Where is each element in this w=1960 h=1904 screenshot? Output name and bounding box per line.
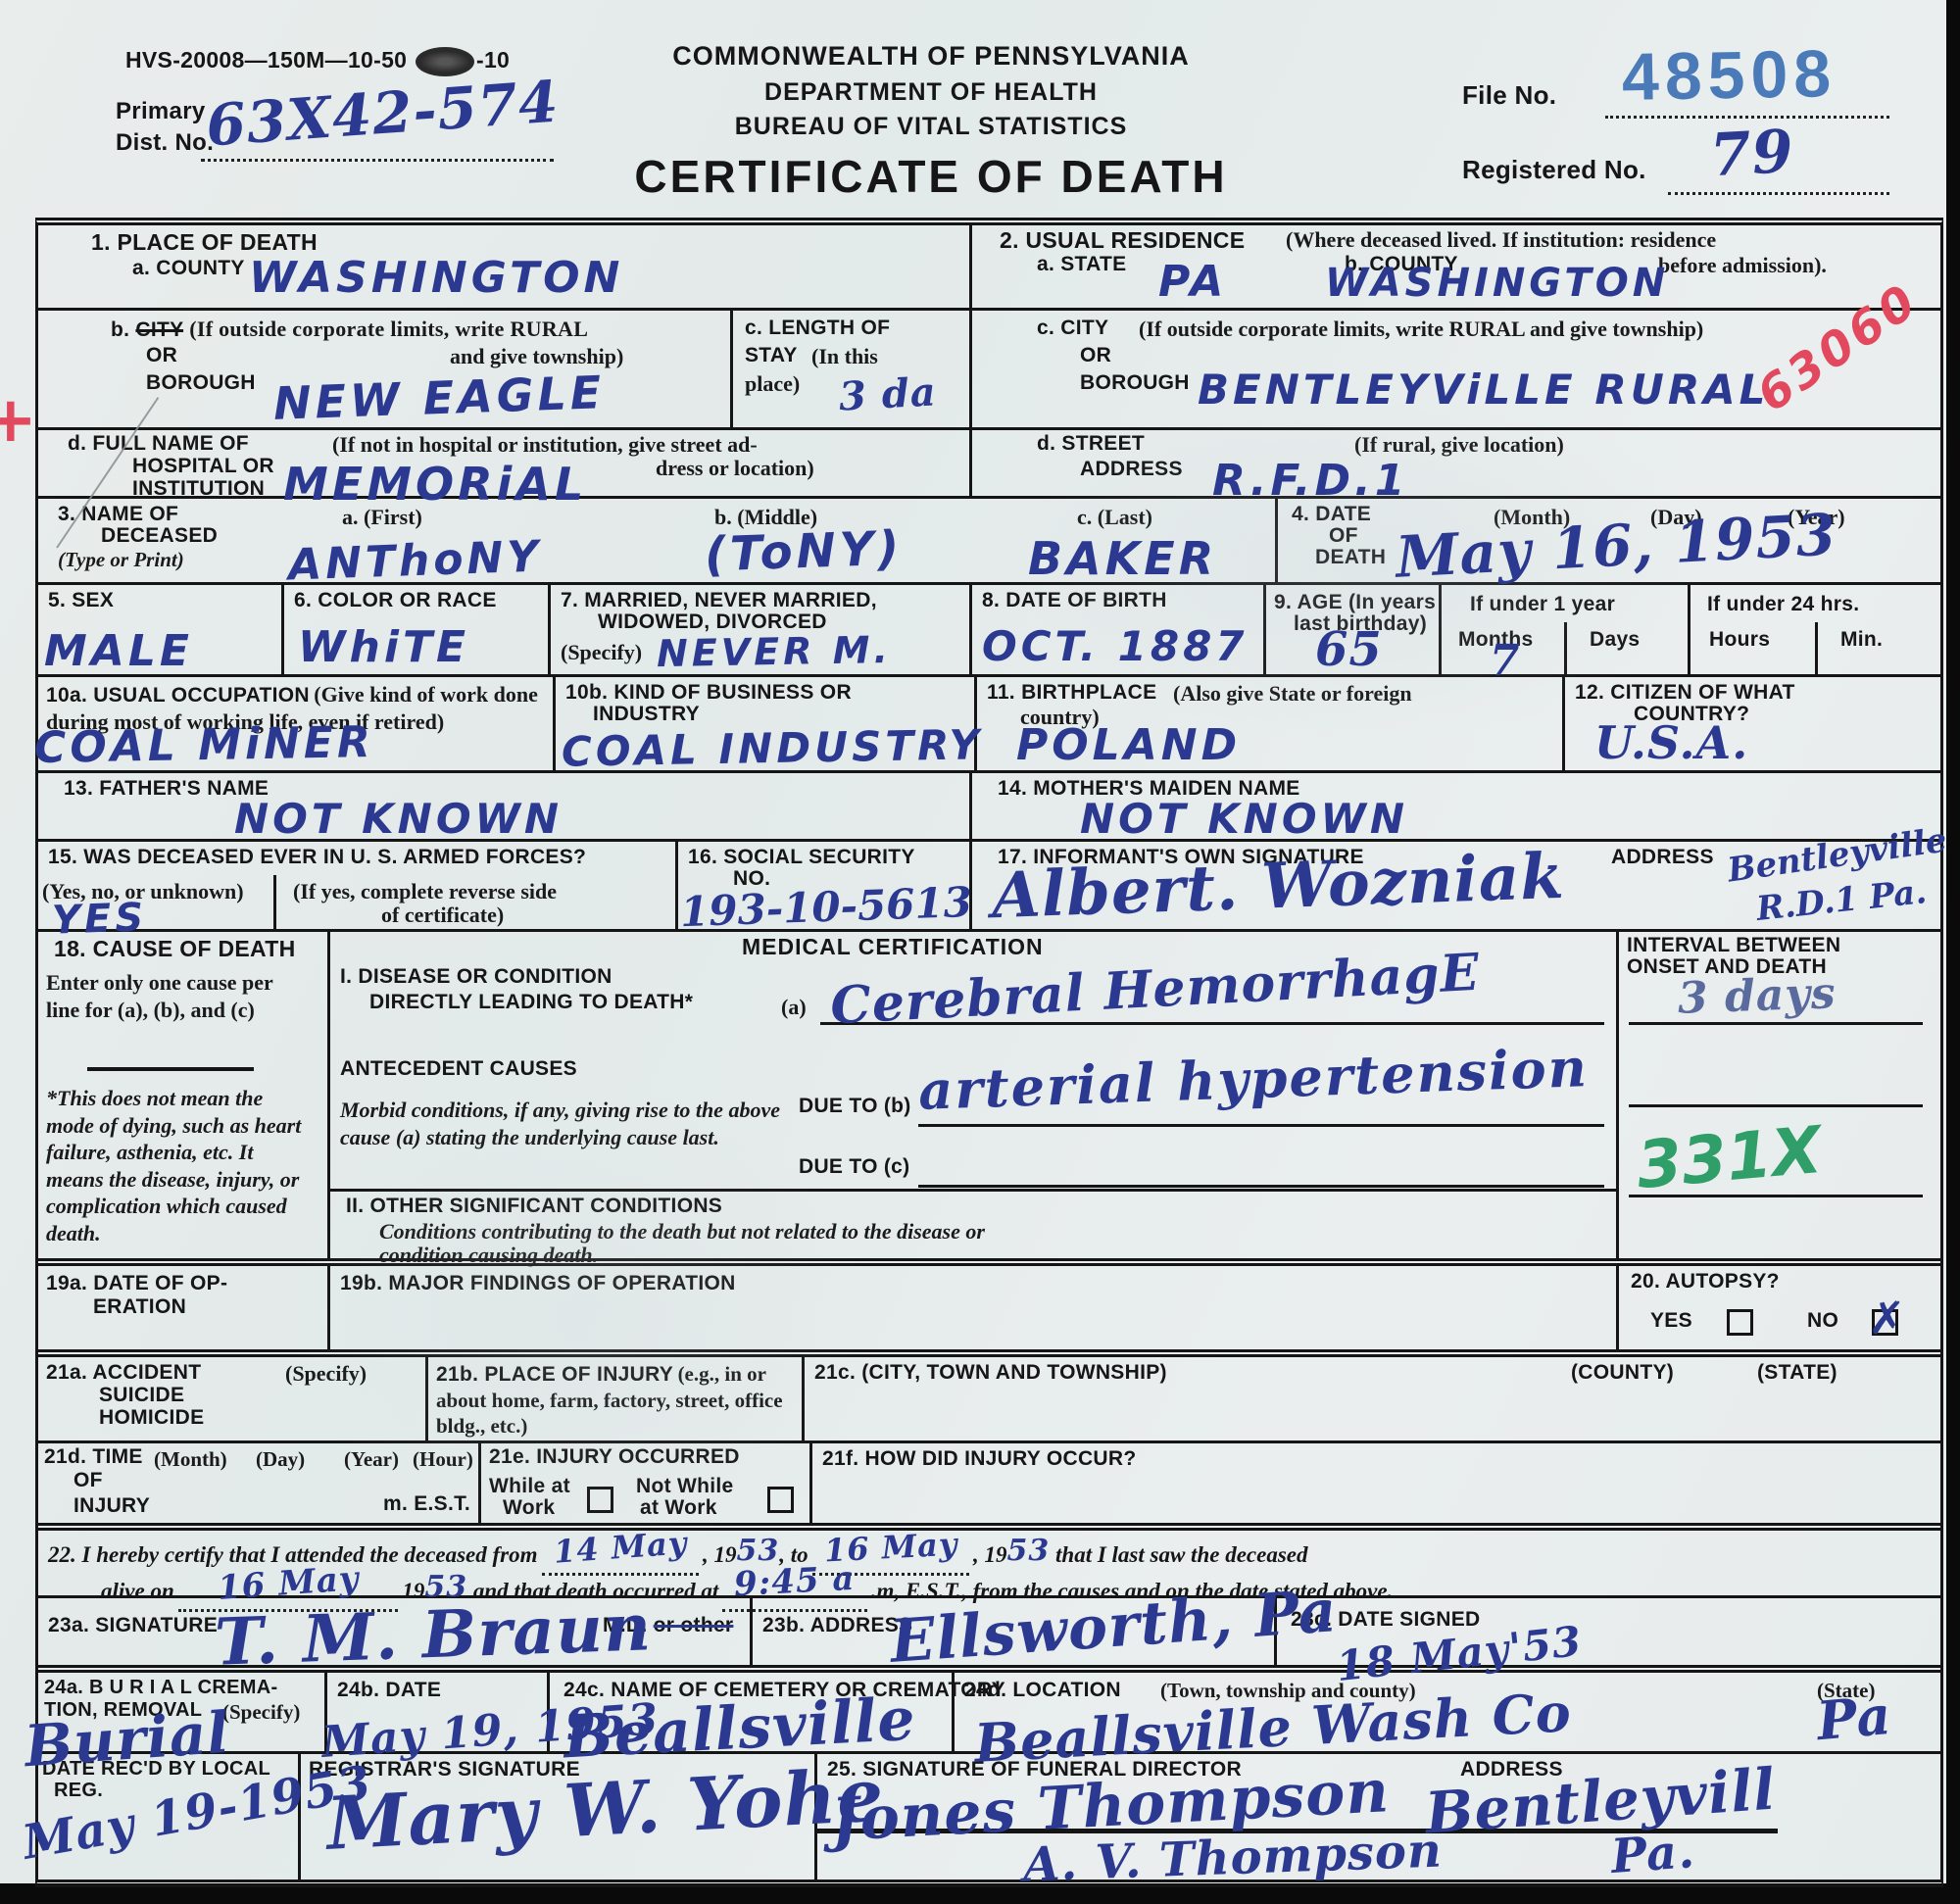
s1-d-note1: (If not in hospital or institution, give… <box>332 432 758 458</box>
section-8-date-of-birth: 8. DATE OF BIRTH OCT. 1887 <box>969 585 1263 674</box>
s10b-label2: INDUSTRY <box>593 703 700 727</box>
section-22-certification: 22. I hereby certify that I attended the… <box>38 1531 1940 1595</box>
s2-state-county: 2. USUAL RESIDENCE (Where deceased lived… <box>972 225 1940 308</box>
s18-disease-label1: I. DISEASE OR CONDITION <box>340 965 612 990</box>
s21d-day-label: (Day) <box>256 1447 305 1472</box>
commonwealth-line: COMMONWEALTH OF PENNSYLVANIA <box>544 41 1318 73</box>
s6-value: WhiTE <box>298 622 469 672</box>
s1-b-or: OR <box>146 344 177 368</box>
s2-d-label2: ADDRESS <box>1080 458 1183 482</box>
s7-value: NEVER M. <box>657 628 893 675</box>
s10b-value: COAL INDUSTRY <box>562 720 984 775</box>
s9-divider-months-days <box>1564 622 1567 674</box>
s8-value: OCT. 1887 <box>982 622 1249 670</box>
s18-due-b-label: DUE TO (b) <box>799 1095 911 1119</box>
department-line: DEPARTMENT OF HEALTH <box>544 78 1318 108</box>
section-11-birthplace: 11. BIRTHPLACE (Also give State or forei… <box>974 677 1562 770</box>
s16-value: 193-10-5613 <box>679 878 972 936</box>
s4-date-value: May 16, 1953 <box>1395 501 1838 590</box>
s21c-state-label: (STATE) <box>1757 1361 1837 1386</box>
s24d-state-value: Pa <box>1814 1684 1893 1752</box>
s5-label: 5. SEX <box>48 589 114 613</box>
s1-county-label: a. COUNTY <box>132 257 245 281</box>
section-16-ssn: 16. SOCIAL SECURITY NO. 193-10-5613 <box>675 842 969 929</box>
s18-interval-line2 <box>1629 1104 1923 1107</box>
s21a-label3: HOMICIDE <box>99 1406 204 1431</box>
s22-text4: , 19 <box>973 1542 1007 1567</box>
s9-divider-1 <box>1439 585 1442 674</box>
s18-medical-certification: MEDICAL CERTIFICATION I. DISEASE OR COND… <box>327 932 1616 1258</box>
s24b-label: 24b. DATE <box>337 1679 441 1703</box>
s1-county: 1. PLACE OF DEATH a. COUNTY WASHINGTON <box>38 225 969 308</box>
s1-b-prefix: b. <box>111 318 129 341</box>
s7-specify-note: (Specify) <box>561 640 642 665</box>
section-23b-address: 23b. ADDRESS Ellsworth, Pa <box>750 1598 1274 1665</box>
s2-d-label1: d. STREET <box>1037 432 1145 457</box>
s21d-hour-label: (Hour) <box>413 1447 473 1472</box>
section-24a-burial: 24a. B U R I A L CREMA- TION, REMOVAL (S… <box>38 1673 324 1751</box>
s14-value: NOT KNOWN <box>1080 795 1408 843</box>
row-accident-place: 21a. ACCIDENT SUICIDE HOMICIDE (Specify)… <box>38 1349 1940 1440</box>
s18-margin-rule <box>87 1067 254 1071</box>
s3-title3: (Type or Print) <box>58 548 184 572</box>
s19a-label1: 19a. DATE OF OP- <box>46 1272 227 1296</box>
s1-d-label2: HOSPITAL OR <box>132 455 274 479</box>
section-21d-time-of-injury: 21d. TIME OF INJURY (Month) (Day) (Year)… <box>38 1443 478 1523</box>
s1-length-value: 3 da <box>838 368 938 419</box>
s2-c-label: c. CITY <box>1037 317 1108 341</box>
section-13-fathers-name: 13. FATHER'S NAME NOT KNOWN <box>38 773 969 839</box>
s2-title: 2. USUAL RESIDENCE <box>1000 227 1245 254</box>
date-recd-label2: REG. <box>54 1780 103 1803</box>
s22-text2: , 19 <box>703 1542 737 1567</box>
s9-divider-2 <box>1688 585 1690 674</box>
row-forces-ssn-informant: 15. WAS DECEASED EVER IN U. S. ARMED FOR… <box>38 839 1940 929</box>
s9-under-24-hrs: If under 24 hrs. <box>1707 593 1859 617</box>
s21d-label2: OF <box>73 1469 103 1493</box>
s21e-while-checkbox <box>587 1487 613 1513</box>
s20-yes-label: YES <box>1650 1309 1692 1334</box>
s15-value: YES <box>51 895 148 943</box>
s20-no-checkmark: ✗ <box>1868 1292 1906 1344</box>
s2-c-note: (If outside corporate limits, write RURA… <box>1139 317 1703 342</box>
row-time-injury: 21d. TIME OF INJURY (Month) (Day) (Year)… <box>38 1440 1940 1523</box>
section-19b-major-findings: 19b. MAJOR FINDINGS OF OPERATION <box>327 1266 1616 1349</box>
s1-c-label2: STAY <box>745 344 798 368</box>
s2-street: d. STREET ADDRESS (If rural, give locati… <box>972 427 1940 496</box>
section-15-armed-forces: 15. WAS DECEASED EVER IN U. S. ARMED FOR… <box>38 842 675 929</box>
s18-antecedent-label: ANTECEDENT CAUSES <box>340 1057 577 1082</box>
form-code-text: HVS-20008—150M—10-50 <box>125 47 407 73</box>
s3-last-label: c. (Last) <box>1077 505 1152 530</box>
section-3-name-of-deceased: 3. NAME OF DECEASED (Type or Print) a. (… <box>38 499 1275 582</box>
s22-fill1: 14 May <box>552 1524 688 1570</box>
s2-state-label: a. STATE <box>1037 253 1126 277</box>
section-24c-cemetery: 24c. NAME OF CEMETERY OR CREMATORY Beall… <box>547 1673 952 1751</box>
s18-margin-note2: *This does not mean the mode of dying, s… <box>46 1085 307 1246</box>
form-code-suffix: -10 <box>476 47 510 73</box>
registered-no-line <box>1668 192 1889 195</box>
union-bug-icon <box>416 47 474 76</box>
section-5-sex: 5. SEX MALE <box>38 585 281 674</box>
s1-c-note2: place) <box>745 371 800 397</box>
row-demographics: 5. SEX MALE 6. COLOR OR RACE WhiTE 7. MA… <box>38 582 1940 674</box>
s1-d-note2: dress or location) <box>656 456 814 481</box>
s23a-signature-value: T. M. Braun <box>214 1588 653 1681</box>
s18-b-value: arterial hypertension <box>917 1036 1590 1122</box>
red-margin-mark: + <box>0 384 37 457</box>
s16-label1: 16. SOCIAL SECURITY <box>688 846 915 870</box>
s10a-label: 10a. USUAL OCCUPATION <box>46 684 310 707</box>
s1-b-city-struck: CITY <box>135 318 183 341</box>
registered-no-value: 79 <box>1708 118 1795 190</box>
s18-interval-column: INTERVAL BETWEEN ONSET AND DEATH 3 days … <box>1616 932 1940 1258</box>
section-21b-place-of-injury: 21b. PLACE OF INJURY (e.g., in or about … <box>425 1357 802 1440</box>
s15-divider <box>273 875 276 929</box>
section-12-citizenship: 12. CITIZEN OF WHAT COUNTRY? U.S.A. <box>1562 677 1940 770</box>
s24d-label: 24d. LOCATION <box>964 1679 1121 1703</box>
s21d-label1: 21d. TIME <box>44 1445 143 1470</box>
bureau-line: BUREAU OF VITAL STATISTICS <box>544 113 1318 142</box>
s1-length-of-stay-cell: c. LENGTH OF STAY (In this place) 3 da <box>730 311 969 427</box>
section-17-informant: 17. INFORMANT'S OWN SIGNATURE ADDRESS Al… <box>969 842 1940 929</box>
s22-text5: that I last saw the deceased <box>1055 1542 1307 1567</box>
s20-yes-checkbox <box>1727 1309 1753 1336</box>
s3-middle-value: (ToNY) <box>704 520 904 582</box>
s2-county-value: WASHINGTON <box>1325 261 1669 306</box>
s9-divider-hours-min <box>1815 622 1818 674</box>
s21d-label3: INJURY <box>73 1494 150 1519</box>
s23a-label: 23a. SIGNATURE <box>48 1614 218 1638</box>
s1-c-label1: c. LENGTH OF <box>745 317 890 341</box>
section-24b-date: 24b. DATE May 19, 1953 <box>324 1673 547 1751</box>
s3-first-value: ANThoNY <box>287 531 543 590</box>
s9-hours-label: Hours <box>1709 628 1770 653</box>
s1-b-borough: BOROUGH <box>146 371 256 396</box>
s13-value: NOT KNOWN <box>234 795 563 843</box>
file-no-stamp: 48508 <box>1621 35 1837 116</box>
s9-months-value: 7 <box>1490 636 1521 686</box>
s18-margin-note1: Enter only one cause per line for (a), (… <box>46 969 301 1023</box>
row-physician: 23a. SIGNATURE M.D. or other T. M. Braun… <box>38 1595 1940 1665</box>
row-place-residence: 1. PLACE OF DEATH a. COUNTY WASHINGTON b… <box>38 225 1940 496</box>
s1-county-value: WASHINGTON <box>249 253 623 303</box>
s5-value: MALE <box>44 626 193 676</box>
row-occupation-birthplace: 10a. USUAL OCCUPATION (Give kind of work… <box>38 674 1940 770</box>
section-4-date-of-death: 4. DATE OF DEATH (Month) (Day) (Year) Ma… <box>1275 499 1940 582</box>
s18-medical-cert-label: MEDICAL CERTIFICATION <box>742 934 1044 960</box>
section-24d-location: 24d. LOCATION (Town, township and county… <box>952 1673 1940 1751</box>
s20-label: 20. AUTOPSY? <box>1631 1270 1780 1294</box>
row-cause-of-death: 18. CAUSE OF DEATH Enter only one cause … <box>38 929 1940 1258</box>
s9-days-label: Days <box>1590 628 1640 653</box>
s24a-label1: 24a. B U R I A L CREMA- <box>44 1677 277 1700</box>
s18-morbid-note: Morbid conditions, if any, giving rise t… <box>340 1097 797 1150</box>
s1-borough-cell: b. CITY (If outside corporate limits, wr… <box>38 311 730 427</box>
section-6-color-race: 6. COLOR OR RACE WhiTE <box>281 585 548 674</box>
row-certification: 22. I hereby certify that I attended the… <box>38 1523 1940 1595</box>
s2-d-note: (If rural, give location) <box>1354 432 1564 458</box>
s9-min-label: Min. <box>1840 628 1883 653</box>
s17-address-label: ADDRESS <box>1611 846 1714 870</box>
section-21a-accident: 21a. ACCIDENT SUICIDE HOMICIDE (Specify) <box>38 1357 425 1440</box>
s15-note2a: (If yes, complete reverse side <box>293 879 557 904</box>
section-1-place-of-death: 1. PLACE OF DEATH a. COUNTY WASHINGTON b… <box>38 225 969 496</box>
section-21f-how-injury: 21f. HOW DID INJURY OCCUR? <box>809 1443 1940 1523</box>
section-21c-city-county-state: 21c. (CITY, TOWN AND TOWNSHIP) (COUNTY) … <box>802 1357 1940 1440</box>
dist-no-value: 63X42-574 <box>204 69 561 160</box>
s1-city-length: b. CITY (If outside corporate limits, wr… <box>38 308 969 427</box>
file-no-label: File No. <box>1462 80 1556 111</box>
s18-other-conditions-label: II. OTHER SIGNIFICANT CONDITIONS <box>346 1195 722 1219</box>
s2-c-borough: BOROUGH <box>1080 371 1190 396</box>
s8-label: 8. DATE OF BIRTH <box>982 589 1167 613</box>
section-10b-industry: 10b. KIND OF BUSINESS OR INDUSTRY COAL I… <box>553 677 974 770</box>
s18-c-line <box>918 1185 1604 1188</box>
s20-no-label: NO <box>1807 1309 1838 1334</box>
s1-b-note1: (If outside corporate limits, write RURA… <box>189 317 588 341</box>
s21e-notwhile-label2: at Work <box>640 1496 717 1521</box>
s18-b-line <box>918 1124 1604 1127</box>
s2-city: c. CITY (If outside corporate limits, wr… <box>972 308 1940 427</box>
funeral-address-value-2: Pa. <box>1609 1824 1696 1884</box>
registered-no-label: Registered No. <box>1462 155 1646 185</box>
s18-due-c-label: DUE TO (c) <box>799 1155 909 1180</box>
s21a-label2: SUICIDE <box>99 1384 184 1408</box>
s19b-label: 19b. MAJOR FINDINGS OF OPERATION <box>340 1272 736 1296</box>
s18-ii-divider <box>330 1189 1616 1192</box>
s21e-label: 21e. INJURY OCCURRED <box>489 1445 740 1470</box>
dist-no-line <box>201 159 554 162</box>
s2-city-value: BENTLEYViLLE RURAL <box>1198 366 1769 414</box>
s10a-value: COAL MiNER <box>34 717 375 773</box>
row-operation-autopsy: 19a. DATE OF OP- ERATION 19b. MAJOR FIND… <box>38 1258 1940 1349</box>
s12-value: U.S.A. <box>1594 716 1748 769</box>
row-parents: 13. FATHER'S NAME NOT KNOWN 14. MOTHER'S… <box>38 770 1940 839</box>
s3-title2: DECEASED <box>101 524 218 549</box>
s21d-month-label: (Month) <box>154 1447 227 1472</box>
s19a-label2: ERATION <box>93 1295 186 1320</box>
s18-interval-value: 3 days <box>1677 968 1837 1024</box>
s6-label: 6. COLOR OR RACE <box>294 589 497 613</box>
section-23c-date-signed: 23c. DATE SIGNED 18 May'53 <box>1274 1598 1940 1665</box>
certificate-form: 1. PLACE OF DEATH a. COUNTY WASHINGTON b… <box>35 218 1943 1887</box>
section-21e-injury-occurred: 21e. INJURY OCCURRED While at Work Not W… <box>478 1443 809 1523</box>
s1-c-note1: (In this <box>811 344 878 369</box>
section-9-age: 9. AGE (In years last birthday) If under… <box>1263 585 1940 674</box>
s18-disease-label2: DIRECTLY LEADING TO DEATH* <box>369 991 693 1015</box>
s2-street-value: R.F.D.1 <box>1212 456 1408 506</box>
s22-fill4: 53 <box>1007 1534 1051 1568</box>
s21d-year-label: (Year) <box>344 1447 399 1472</box>
s18-green-code: 331X <box>1634 1112 1825 1203</box>
s24a-specify-note: (Specify) <box>222 1700 300 1725</box>
s21b-label-block: 21b. PLACE OF INJURY (e.g., in or about … <box>428 1357 802 1442</box>
s4-title3: DEATH <box>1315 546 1386 570</box>
s2-title-note2: before admission). <box>1658 253 1827 278</box>
section-registrar-signature: REGISTRAR'S SIGNATURE Mary W. Yohe <box>298 1754 814 1880</box>
scanned-death-certificate: HVS-20008—150M—10-50 -10 Primary Dist. N… <box>0 0 1960 1904</box>
s2-title-note1: (Where deceased lived. If institution: r… <box>1286 227 1716 253</box>
s18-a-label: (a) <box>781 995 807 1020</box>
s1-borough-value: NEW EAGLE <box>272 366 606 430</box>
s18-interval-line1 <box>1629 1022 1923 1025</box>
s21d-est-label: m. E.S.T. <box>383 1492 470 1517</box>
section-14-mothers-maiden-name: 14. MOTHER'S MAIDEN NAME NOT KNOWN <box>969 773 1940 839</box>
s21f-label: 21f. HOW DID INJURY OCCUR? <box>822 1447 1137 1472</box>
s2-c-or: OR <box>1080 344 1111 368</box>
s21e-while-label2: Work <box>503 1496 555 1521</box>
s24a-value: Burial <box>23 1699 232 1780</box>
s11-label: 11. BIRTHPLACE <box>987 681 1156 706</box>
section-2-usual-residence: 2. USUAL RESIDENCE (Where deceased lived… <box>969 225 1940 496</box>
s1-hospital-value: MEMORiAL <box>283 458 587 511</box>
s1-borough-label: b. CITY (If outside corporate limits, wr… <box>111 317 588 343</box>
s1-d-label1: d. FULL NAME OF <box>68 432 249 457</box>
s9-age-value: 65 <box>1315 622 1383 677</box>
file-no-line <box>1605 116 1889 119</box>
s9-under-1-year: If under 1 year <box>1470 593 1615 617</box>
section-7-marital-status: 7. MARRIED, NEVER MARRIED, WIDOWED, DIVO… <box>548 585 969 674</box>
s21a-specify-note: (Specify) <box>285 1361 367 1387</box>
row-burial: 24a. B U R I A L CREMA- TION, REMOVAL (S… <box>38 1665 1940 1751</box>
agency-header: COMMONWEALTH OF PENNSYLVANIA DEPARTMENT … <box>544 41 1318 203</box>
form-code: HVS-20008—150M—10-50 -10 <box>125 47 510 76</box>
certificate-paper: HVS-20008—150M—10-50 -10 Primary Dist. N… <box>0 0 1946 1883</box>
s23a-orother-struck: or other <box>654 1614 734 1636</box>
s3-last-value: BAKER <box>1028 532 1217 585</box>
s21b-label: 21b. PLACE OF INJURY <box>436 1363 673 1386</box>
s21c-county-label: (COUNTY) <box>1571 1361 1674 1386</box>
s18-margin-column: 18. CAUSE OF DEATH Enter only one cause … <box>38 932 327 1258</box>
primary-label: Primary <box>116 98 206 125</box>
s22-fill7: 9:45 a <box>733 1559 856 1604</box>
certificate-title: CERTIFICATE OF DEATH <box>544 150 1318 203</box>
section-20-autopsy: 20. AUTOPSY? YES NO ✗ <box>1616 1266 1940 1349</box>
section-10a-occupation: 10a. USUAL OCCUPATION (Give kind of work… <box>38 677 553 770</box>
dist-no-label: Dist. No. <box>116 129 214 157</box>
s15-note2b: of certificate) <box>381 903 504 928</box>
s1-hospital: d. FULL NAME OF HOSPITAL OR INSTITUTION … <box>38 427 969 496</box>
s11-note: (Also give State or foreign <box>1173 681 1412 707</box>
s2-state-value: PA <box>1158 257 1227 307</box>
s15-label: 15. WAS DECEASED EVER IN U. S. ARMED FOR… <box>48 846 586 870</box>
s21c-label: 21c. (CITY, TOWN AND TOWNSHIP) <box>814 1361 1167 1386</box>
s21a-label1: 21a. ACCIDENT <box>46 1361 201 1386</box>
s21e-notwhile-checkbox <box>767 1487 794 1513</box>
s11-value: POLAND <box>1016 720 1241 770</box>
section-23a-signature: 23a. SIGNATURE M.D. or other T. M. Braun <box>38 1598 750 1665</box>
section-19a-date-of-operation: 19a. DATE OF OP- ERATION <box>38 1266 327 1349</box>
